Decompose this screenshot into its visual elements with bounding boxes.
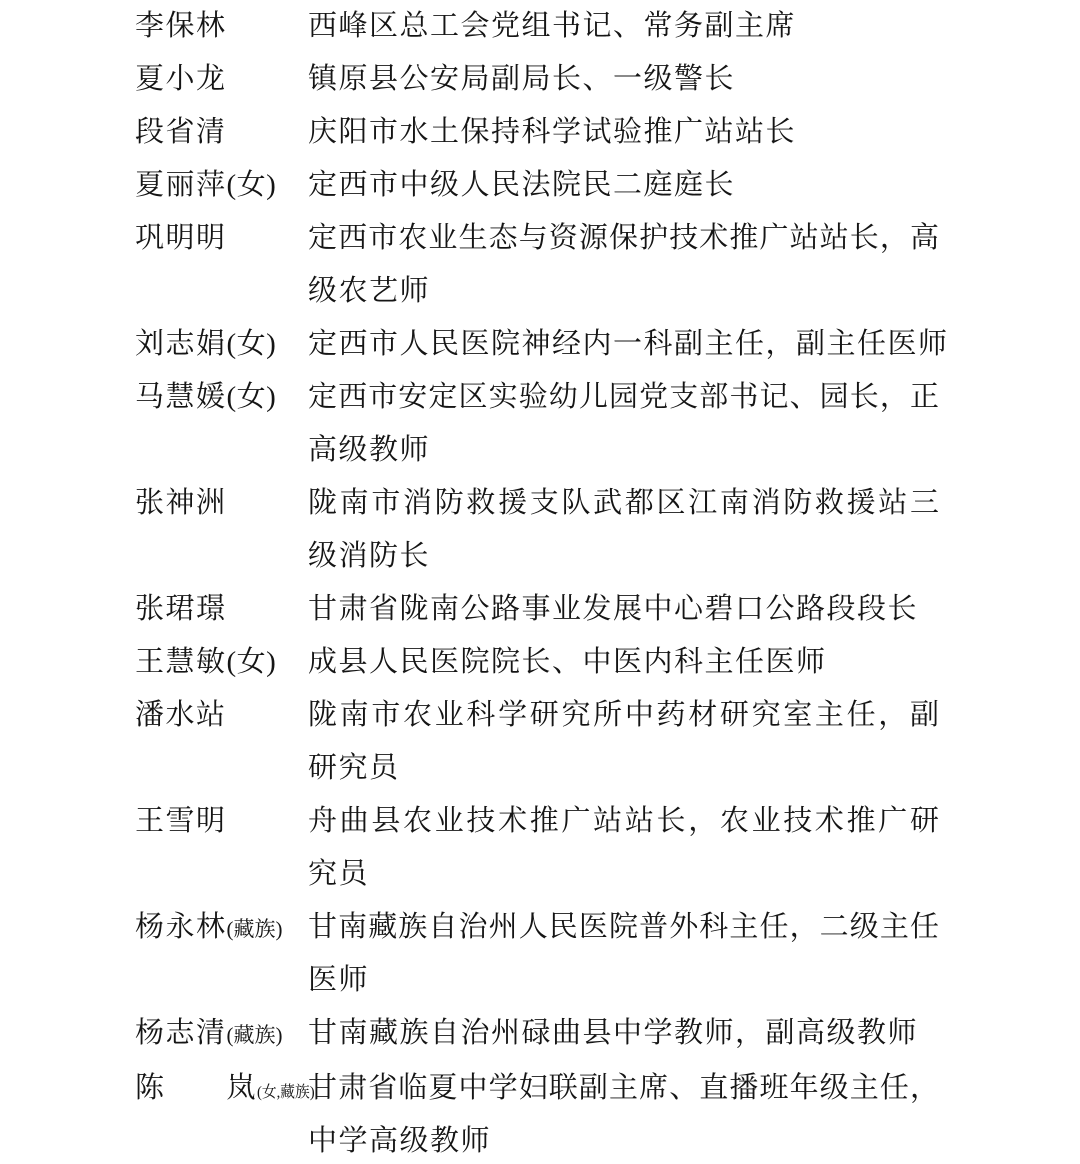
title-line: 陇南市农业科学研究所中药材研究室主任，副 xyxy=(308,689,940,742)
title-line: 究员 xyxy=(308,848,940,901)
title-line: 定西市人民医院神经内一科副主任，副主任医师 xyxy=(308,318,940,371)
list-item: 杨永林(藏族) 甘南藏族自治州人民医院普外科主任，二级主任医师 xyxy=(135,901,1080,1007)
title-line: 定西市中级人民法院民二庭庭长 xyxy=(308,159,940,212)
title-line: 庆阳市水土保持科学试验推广站站长 xyxy=(308,106,940,159)
title-line: 舟曲县农业技术推广站站长，农业技术推广研 xyxy=(308,795,940,848)
person-name: 巩明明 xyxy=(135,222,227,254)
list-item: 王雪明 舟曲县农业技术推广站站长，农业技术推广研究员 xyxy=(135,795,1080,901)
title-line: 中学高级教师 xyxy=(308,1115,940,1164)
person-note: (藏族) xyxy=(227,917,283,941)
name-cell: 刘志娟(女) xyxy=(135,318,308,371)
person-note: (女) xyxy=(227,328,277,360)
title-line: 成县人民医院院长、中医内科主任医师 xyxy=(308,636,940,689)
name-cell: 王慧敏(女) xyxy=(135,636,308,689)
person-name: 张珺璟 xyxy=(135,593,227,625)
title-line: 甘南藏族自治州人民医院普外科主任，二级主任 xyxy=(308,901,940,954)
title-line: 镇原县公安局副局长、一级警长 xyxy=(308,53,940,106)
list-item: 张神洲 陇南市消防救援支队武都区江南消防救援站三级消防长 xyxy=(135,477,1080,583)
person-name: 陈 岚 xyxy=(135,1072,257,1104)
person-name: 张神洲 xyxy=(135,487,227,519)
person-title: 西峰区总工会党组书记、常务副主席 xyxy=(308,0,940,53)
list-item: 张珺璟 甘肃省陇南公路事业发展中心碧口公路段段长 xyxy=(135,583,1080,636)
list-item: 杨志清(藏族) 甘南藏族自治州碌曲县中学教师，副高级教师 xyxy=(135,1007,1080,1062)
person-name: 潘水站 xyxy=(135,699,227,731)
person-title: 舟曲县农业技术推广站站长，农业技术推广研究员 xyxy=(308,795,940,901)
title-line: 定西市农业生态与资源保护技术推广站站长，高 xyxy=(308,212,940,265)
name-cell: 杨永林(藏族) xyxy=(135,901,308,956)
title-line: 西峰区总工会党组书记、常务副主席 xyxy=(308,0,940,53)
person-title: 成县人民医院院长、中医内科主任医师 xyxy=(308,636,940,689)
person-name: 李保林 xyxy=(135,10,227,42)
name-cell: 巩明明 xyxy=(135,212,308,265)
person-name: 刘志娟 xyxy=(135,328,227,360)
person-title: 定西市农业生态与资源保护技术推广站站长，高级农艺师 xyxy=(308,212,940,318)
person-title: 陇南市农业科学研究所中药材研究室主任，副研究员 xyxy=(308,689,940,795)
person-name: 王慧敏 xyxy=(135,646,227,678)
person-name: 夏丽萍 xyxy=(135,169,227,201)
list-item: 段省清 庆阳市水土保持科学试验推广站站长 xyxy=(135,106,1080,159)
person-title: 甘肃省临夏中学妇联副主席、直播班年级主任，中学高级教师 xyxy=(308,1062,940,1164)
name-cell: 潘水站 xyxy=(135,689,308,742)
person-title: 陇南市消防救援支队武都区江南消防救援站三级消防长 xyxy=(308,477,940,583)
name-cell: 李保林 xyxy=(135,0,308,53)
title-line: 医师 xyxy=(308,954,940,1007)
person-title: 甘南藏族自治州人民医院普外科主任，二级主任医师 xyxy=(308,901,940,1007)
list-item: 李保林 西峰区总工会党组书记、常务副主席 xyxy=(135,0,1080,53)
list-item: 潘水站 陇南市农业科学研究所中药材研究室主任，副研究员 xyxy=(135,689,1080,795)
person-name: 杨志清 xyxy=(135,1017,227,1049)
person-note: (藏族) xyxy=(227,1023,283,1047)
name-cell: 段省清 xyxy=(135,106,308,159)
name-cell: 张神洲 xyxy=(135,477,308,530)
honor-roll-document: 李保林 西峰区总工会党组书记、常务副主席 夏小龙 镇原县公安局副局长、一级警长 … xyxy=(0,0,1080,1164)
person-name: 夏小龙 xyxy=(135,63,227,95)
person-title: 庆阳市水土保持科学试验推广站站长 xyxy=(308,106,940,159)
person-name: 杨永林 xyxy=(135,911,227,943)
person-name: 马慧媛 xyxy=(135,381,227,413)
person-name: 段省清 xyxy=(135,116,227,148)
person-title: 定西市安定区实验幼儿园党支部书记、园长，正高级教师 xyxy=(308,371,940,477)
name-cell: 夏丽萍(女) xyxy=(135,159,308,212)
title-line: 甘南藏族自治州碌曲县中学教师，副高级教师 xyxy=(308,1007,940,1060)
title-line: 级消防长 xyxy=(308,530,940,583)
name-cell: 王雪明 xyxy=(135,795,308,848)
person-title: 定西市中级人民法院民二庭庭长 xyxy=(308,159,940,212)
person-title: 定西市人民医院神经内一科副主任，副主任医师 xyxy=(308,318,940,371)
title-line: 甘肃省临夏中学妇联副主席、直播班年级主任， xyxy=(308,1062,940,1115)
person-name: 王雪明 xyxy=(135,805,227,837)
person-note: (女) xyxy=(227,646,277,678)
title-line: 研究员 xyxy=(308,742,940,795)
person-title: 甘南藏族自治州碌曲县中学教师，副高级教师 xyxy=(308,1007,940,1060)
name-cell: 张珺璟 xyxy=(135,583,308,636)
name-cell: 杨志清(藏族) xyxy=(135,1007,308,1062)
list-item: 陈 岚(女,藏族) 甘肃省临夏中学妇联副主席、直播班年级主任，中学高级教师 xyxy=(135,1062,1080,1164)
person-note: (女) xyxy=(227,169,277,201)
document-page: 李保林 西峰区总工会党组书记、常务副主席 夏小龙 镇原县公安局副局长、一级警长 … xyxy=(0,0,1080,1164)
list-item: 夏丽萍(女) 定西市中级人民法院民二庭庭长 xyxy=(135,159,1080,212)
list-item: 巩明明 定西市农业生态与资源保护技术推广站站长，高级农艺师 xyxy=(135,212,1080,318)
list-item: 夏小龙 镇原县公安局副局长、一级警长 xyxy=(135,53,1080,106)
person-title: 镇原县公安局副局长、一级警长 xyxy=(308,53,940,106)
list-item: 刘志娟(女) 定西市人民医院神经内一科副主任，副主任医师 xyxy=(135,318,1080,371)
title-line: 级农艺师 xyxy=(308,265,940,318)
title-line: 甘肃省陇南公路事业发展中心碧口公路段段长 xyxy=(308,583,940,636)
name-cell: 马慧媛(女) xyxy=(135,371,308,424)
list-item: 马慧媛(女) 定西市安定区实验幼儿园党支部书记、园长，正高级教师 xyxy=(135,371,1080,477)
person-note: (女,藏族) xyxy=(257,1066,315,1119)
person-note: (女) xyxy=(227,381,277,413)
list-item: 王慧敏(女) 成县人民医院院长、中医内科主任医师 xyxy=(135,636,1080,689)
title-line: 高级教师 xyxy=(308,424,940,477)
name-cell: 夏小龙 xyxy=(135,53,308,106)
name-cell: 陈 岚(女,藏族) xyxy=(135,1062,308,1119)
honor-list: 李保林 西峰区总工会党组书记、常务副主席 夏小龙 镇原县公安局副局长、一级警长 … xyxy=(135,0,1080,1164)
title-line: 陇南市消防救援支队武都区江南消防救援站三 xyxy=(308,477,940,530)
person-title: 甘肃省陇南公路事业发展中心碧口公路段段长 xyxy=(308,583,940,636)
title-line: 定西市安定区实验幼儿园党支部书记、园长，正 xyxy=(308,371,940,424)
